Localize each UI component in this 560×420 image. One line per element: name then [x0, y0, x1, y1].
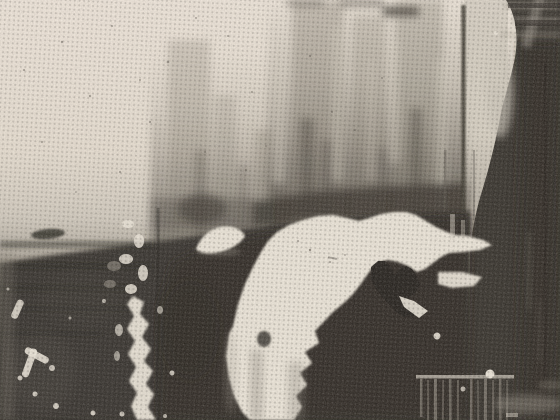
canvas-texture-overlay [0, 0, 560, 420]
painting-photo-frame [0, 0, 560, 420]
abstract-painting-photo [0, 0, 560, 420]
dark-grain [0, 0, 560, 420]
